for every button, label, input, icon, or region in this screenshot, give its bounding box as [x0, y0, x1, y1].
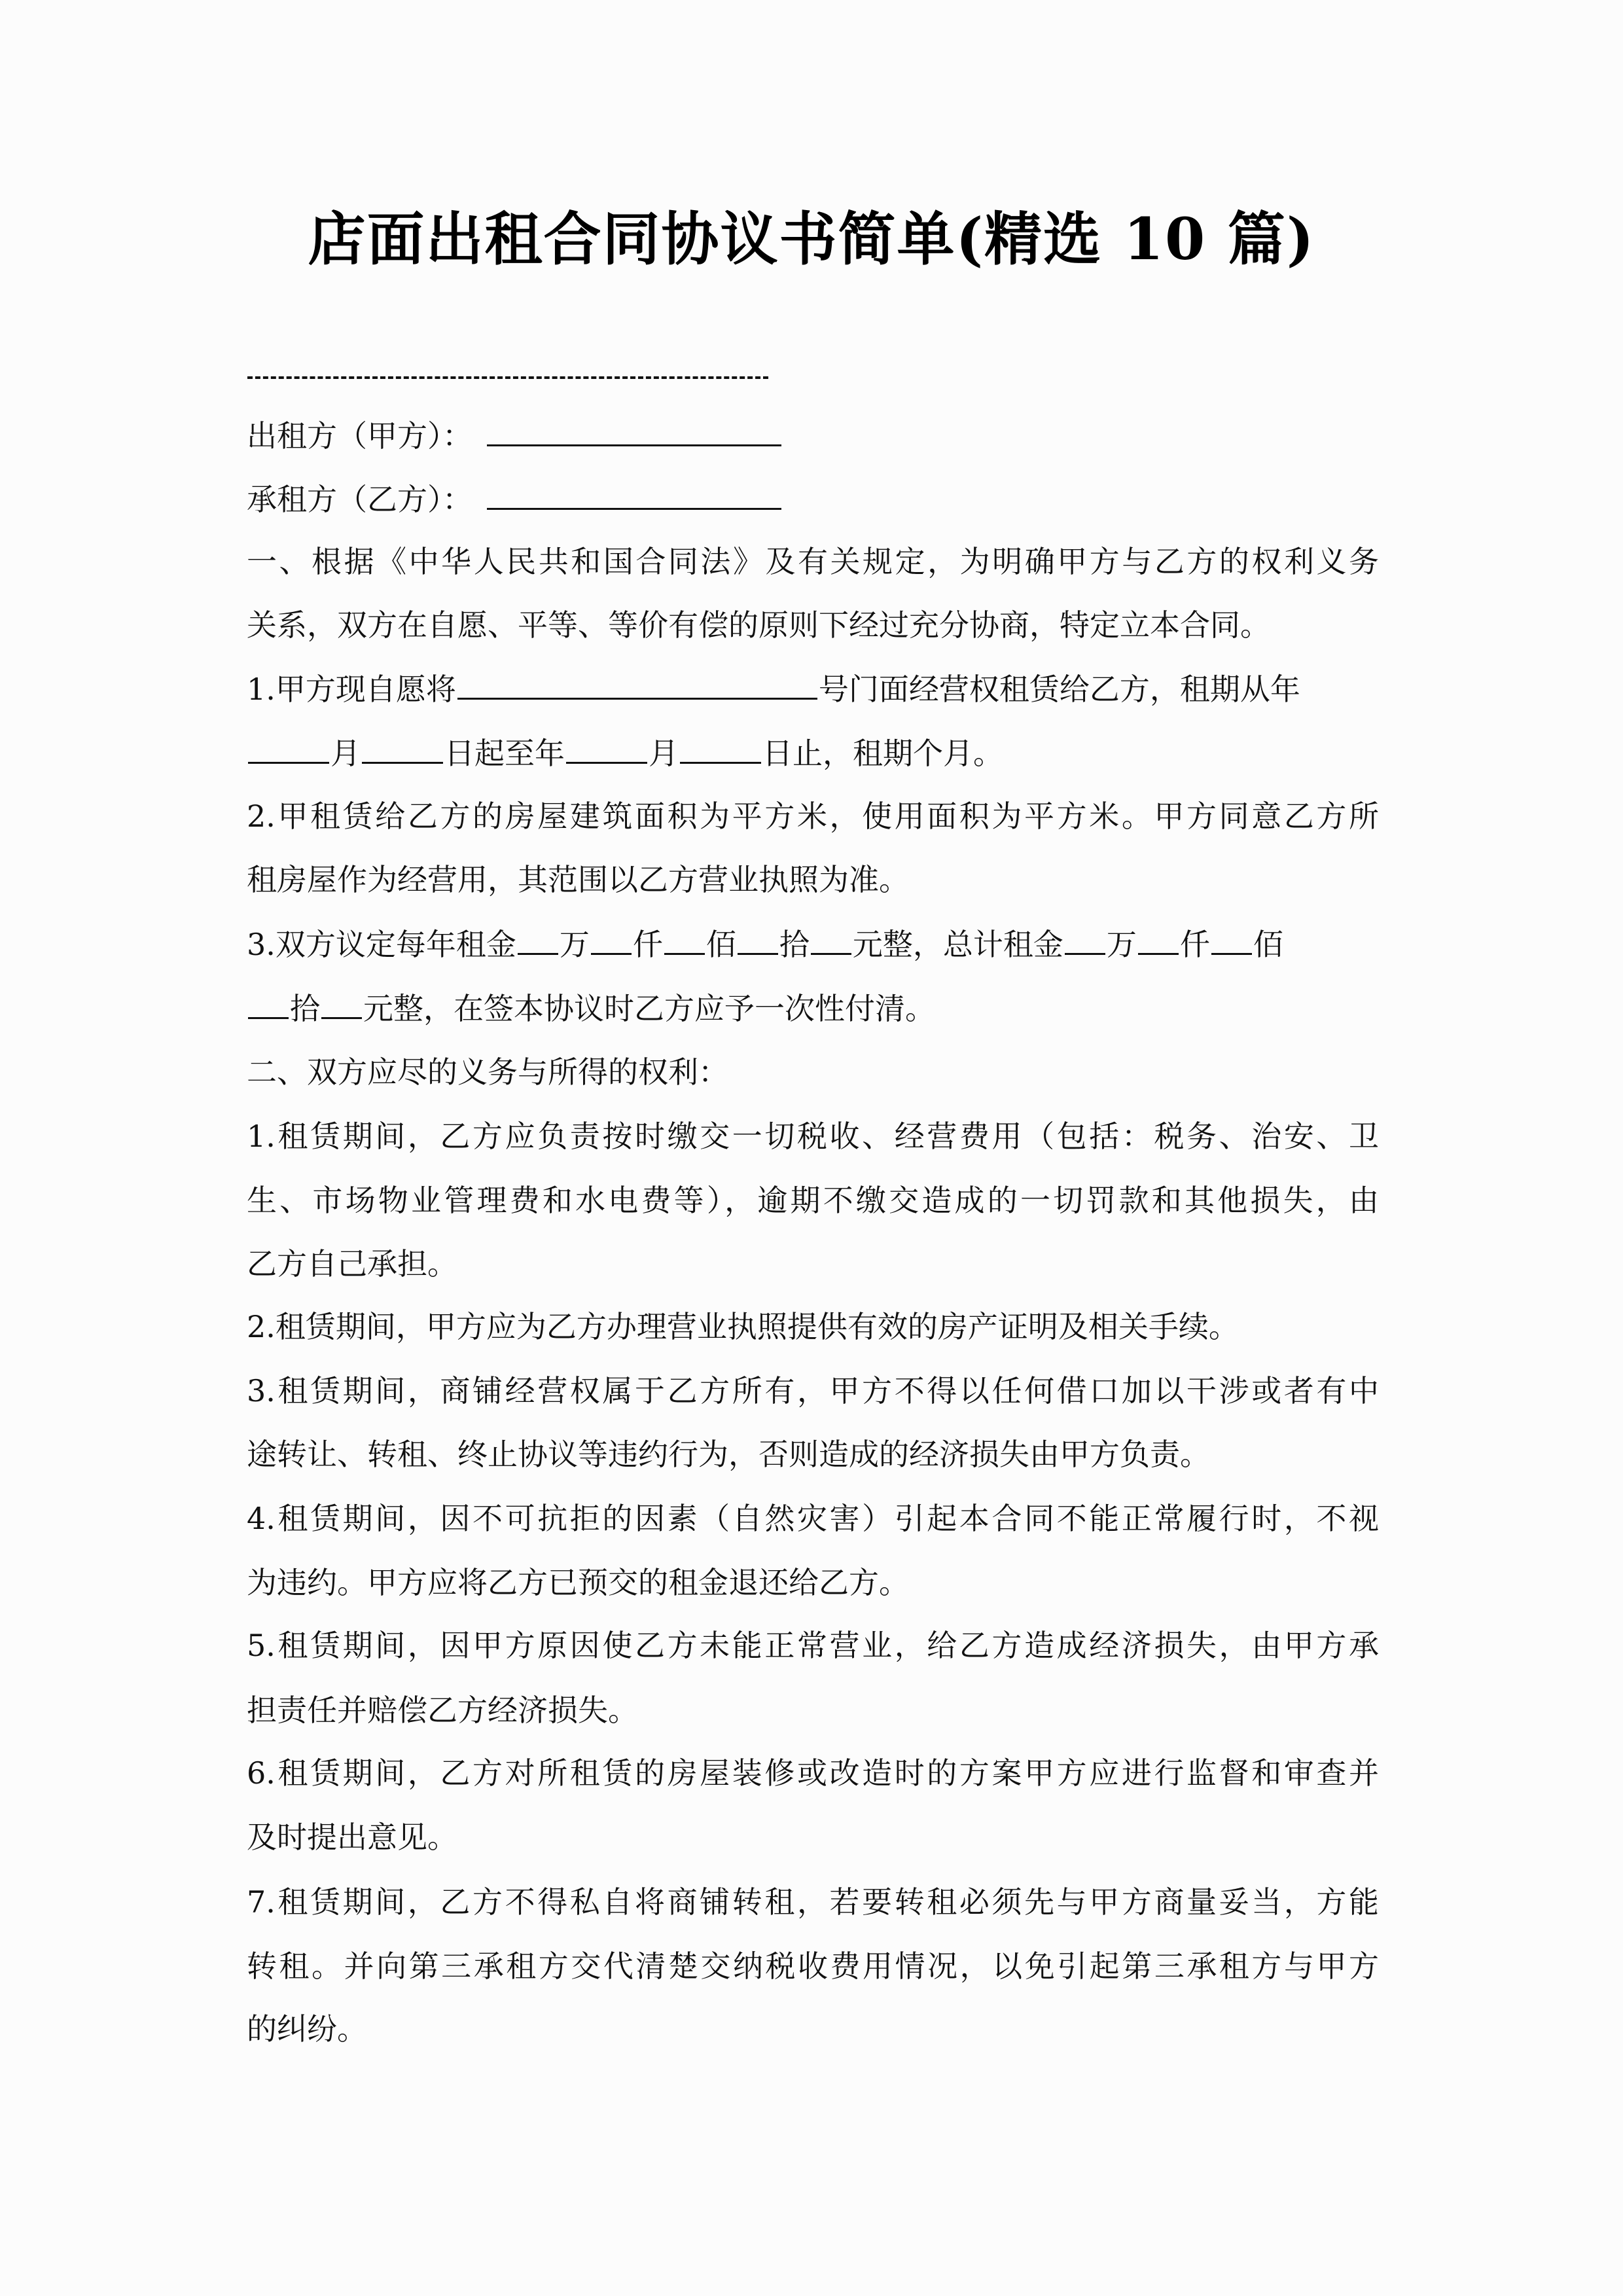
item2-line1: 2.甲租赁给乙方的房屋建筑面积为平方米，使用面积为平方米。甲方同意乙方所 [247, 797, 1379, 836]
total-rent-bai-blank[interactable] [1211, 924, 1252, 955]
end-day-blank[interactable] [680, 733, 761, 764]
document-title: 店面出租合同协议书简单(精选 10 篇) [0, 196, 1623, 281]
item3-tail: 元整，在签本协议时乙方应予一次性付清。 [363, 991, 935, 1026]
start-month-blank[interactable] [248, 733, 329, 764]
unit-bai: 佰 [706, 927, 736, 962]
end-month-blank[interactable] [566, 733, 647, 764]
item1-after-blank: 号门面经营权租赁给乙方，租期从年 [819, 672, 1300, 707]
annual-rent-wan-blank[interactable] [518, 924, 558, 955]
s2-item1-line1: 1.租赁期间，乙方应负责按时缴交一切税收、经营费用（包括：税务、治安、卫 [247, 1117, 1379, 1156]
day-end-label: 日止，租期个月。 [762, 736, 1003, 771]
s2-item3-line1: 3.租赁期间，商铺经营权属于乙方所有，甲方不得以任何借口加以干涉或者有中 [247, 1371, 1379, 1410]
lessee-field-row: 承租方（乙方）： [247, 479, 1379, 518]
s2-item4-line2: 为违约。甲方应将乙方已预交的租金退还给乙方。 [247, 1563, 1379, 1602]
unit-bai: 佰 [1253, 927, 1283, 962]
item1-line1: 1.甲方现自愿将号门面经营权租赁给乙方，租期从年 [247, 669, 1379, 708]
section2-heading: 二、双方应尽的义务与所得的权利： [247, 1052, 1379, 1092]
s2-item1-line2: 生、市场物业管理费和水电费等），逾期不缴交造成的一切罚款和其他损失，由 [247, 1181, 1379, 1220]
annual-rent-qian-blank[interactable] [591, 924, 632, 955]
section1-intro-line1: 一、根据《中华人民共和国合同法》及有关规定，为明确甲方与乙方的权利义务 [247, 542, 1379, 581]
lessor-field-row: 出租方（甲方）： [247, 416, 1379, 455]
total-rent-label: 总计租金 [943, 927, 1063, 962]
annual-rent-bai-blank[interactable] [664, 924, 705, 955]
lessor-blank[interactable] [487, 416, 781, 446]
unit-shi: 拾 [290, 991, 320, 1026]
s2-item5-line2: 担责任并赔偿乙方经济损失。 [247, 1691, 1379, 1730]
item2-line2: 租房屋作为经营用，其范围以乙方营业执照为准。 [247, 860, 1379, 899]
unit-wan: 万 [1107, 927, 1137, 962]
s2-item4-line1: 4.租赁期间，因不可抗拒的因素（自然灾害）引起本合同不能正常履行时，不视 [247, 1499, 1379, 1538]
document-page: 店面出租合同协议书简单(精选 10 篇) 出租方（甲方）： 承租方（乙方）： 一… [0, 0, 1623, 2296]
s2-item7-line2: 转租。并向第三承租方交代清楚交纳税收费用情况，以免引起第三承租方与甲方 [247, 1946, 1379, 1986]
month-label: 月 [649, 736, 679, 771]
annual-rent-shi-blank[interactable] [738, 924, 778, 955]
lessor-label: 出租方（甲方）： [247, 418, 473, 454]
separator-line [247, 376, 768, 379]
section1-intro-line2: 关系，双方在自愿、平等、等价有偿的原则下经过充分协商，特定立本合同。 [247, 605, 1379, 645]
item1-prefix: 1.甲方现自愿将 [247, 672, 456, 707]
unit-qian: 仟 [1180, 927, 1210, 962]
s2-item6-line1: 6.租赁期间，乙方对所租赁的房屋装修或改造时的方案甲方应进行监督和审查并 [247, 1753, 1379, 1793]
unit-wan: 万 [560, 927, 590, 962]
day-to-year-label: 日起至年 [444, 736, 565, 771]
total-rent-wan-blank[interactable] [1065, 924, 1105, 955]
total-rent-shi-blank[interactable] [248, 988, 289, 1019]
lessee-blank[interactable] [487, 479, 781, 510]
item3-prefix: 3.双方议定每年租金 [247, 927, 516, 962]
s2-item5-line1: 5.租赁期间，因甲方原因使乙方未能正常营业，给乙方造成经济损失，由甲方承 [247, 1626, 1379, 1665]
lessee-label: 承租方（乙方）： [247, 482, 473, 517]
start-day-blank[interactable] [362, 733, 443, 764]
total-rent-qian-blank[interactable] [1138, 924, 1179, 955]
s2-item7-line1: 7.租赁期间，乙方不得私自将商铺转租，若要转租必须先与甲方商量妥当，方能 [247, 1882, 1379, 1922]
s2-item6-line2: 及时提出意见。 [247, 1818, 1379, 1857]
unit-qian: 仟 [633, 927, 663, 962]
shop-number-blank[interactable] [457, 669, 817, 700]
month-label: 月 [330, 736, 361, 771]
unit-yuan: 元整， [853, 927, 943, 962]
item1-line2: 月日起至年月日止，租期个月。 [247, 733, 1379, 772]
s2-item1-line3: 乙方自己承担。 [247, 1244, 1379, 1283]
annual-rent-yuan-blank[interactable] [811, 924, 851, 955]
item3-line1: 3.双方议定每年租金万仟佰拾元整，总计租金万仟佰 [247, 924, 1379, 963]
s2-item2-line1: 2.租赁期间，甲方应为乙方办理营业执照提供有效的房产证明及相关手续。 [247, 1307, 1379, 1346]
s2-item3-line2: 途转让、转租、终止协议等违约行为，否则造成的经济损失由甲方负责。 [247, 1435, 1379, 1474]
total-rent-yuan-blank[interactable] [321, 988, 362, 1019]
unit-shi: 拾 [779, 927, 810, 962]
s2-item7-line3: 的纠纷。 [247, 2009, 1379, 2049]
item3-line2: 拾元整，在签本协议时乙方应予一次性付清。 [247, 988, 1379, 1028]
